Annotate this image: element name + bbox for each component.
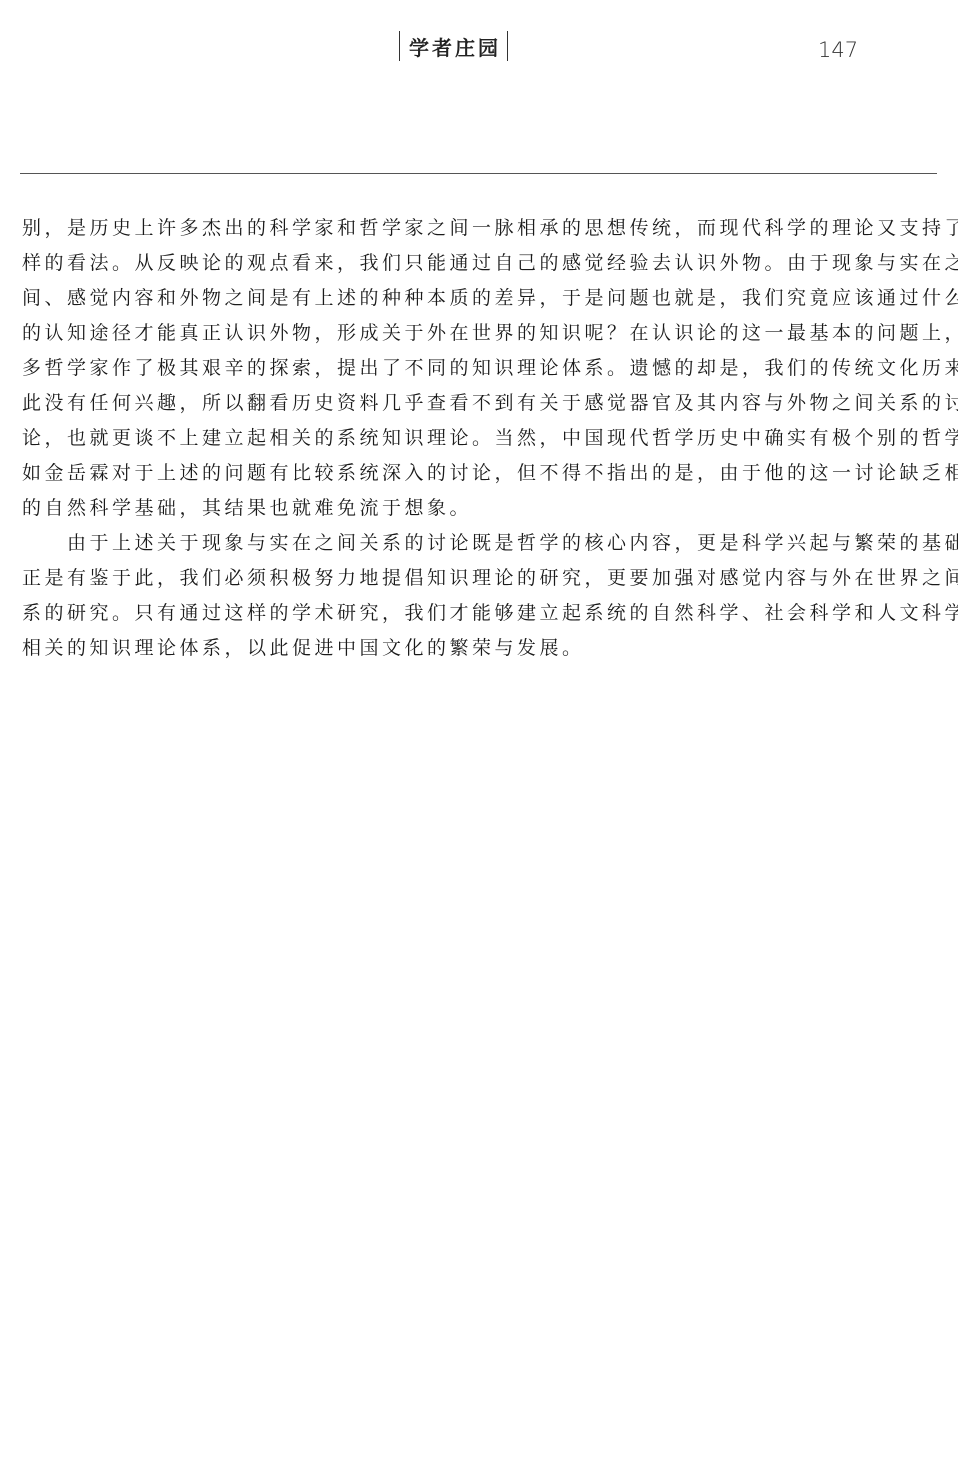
text-line: 多哲学家作了极其艰辛的探索，提出了不同的知识理论体系。遗憾的却是，我们的传统文化… — [22, 351, 938, 386]
text-line: 如金岳霖对于上述的问题有比较系统深入的讨论，但不得不指出的是，由于他的这一讨论缺… — [22, 456, 938, 491]
text-line: 正是有鉴于此，我们必须积极努力地提倡知识理论的研究，更要加强对感觉内容与外在世界… — [22, 561, 938, 596]
text-line: 由于上述关于现象与实在之间关系的讨论既是哲学的核心内容，更是科学兴起与繁荣的基础… — [22, 526, 938, 561]
header-rule — [20, 173, 937, 174]
running-head-title: 学者庄园 — [400, 32, 507, 61]
body-text: 别，是历史上许多杰出的科学家和哲学家之间一脉相承的思想传统，而现代科学的理论又支… — [22, 211, 938, 666]
paragraph-2: 由于上述关于现象与实在之间关系的讨论既是哲学的核心内容，更是科学兴起与繁荣的基础… — [22, 526, 938, 666]
text-line: 样的看法。从反映论的观点看来，我们只能通过自己的感觉经验去认识外物。由于现象与实… — [22, 246, 938, 281]
text-line: 相关的知识理论体系，以此促进中国文化的繁荣与发展。 — [22, 631, 938, 666]
paragraph-1: 别，是历史上许多杰出的科学家和哲学家之间一脉相承的思想传统，而现代科学的理论又支… — [22, 211, 938, 526]
running-head-right-bar — [507, 31, 508, 61]
text-line: 的认知途径才能真正认识外物，形成关于外在世界的知识呢？在认识论的这一最基本的问题… — [22, 316, 938, 351]
running-head: 学者庄园 — [399, 30, 508, 62]
text-line: 间、感觉内容和外物之间是有上述的种种本质的差异，于是问题也就是，我们究竟应该通过… — [22, 281, 938, 316]
page-number: 147 — [818, 38, 858, 62]
text-line: 系的研究。只有通过这样的学术研究，我们才能够建立起系统的自然科学、社会科学和人文… — [22, 596, 938, 631]
text-line: 论，也就更谈不上建立起相关的系统知识理论。当然，中国现代哲学历史中确实有极个别的… — [22, 421, 938, 456]
text-line: 别，是历史上许多杰出的科学家和哲学家之间一脉相承的思想传统，而现代科学的理论又支… — [22, 211, 938, 246]
text-line: 此没有任何兴趣，所以翻看历史资料几乎查看不到有关于感觉器官及其内容与外物之间关系… — [22, 386, 938, 421]
text-line: 的自然科学基础，其结果也就难免流于想象。 — [22, 491, 938, 526]
